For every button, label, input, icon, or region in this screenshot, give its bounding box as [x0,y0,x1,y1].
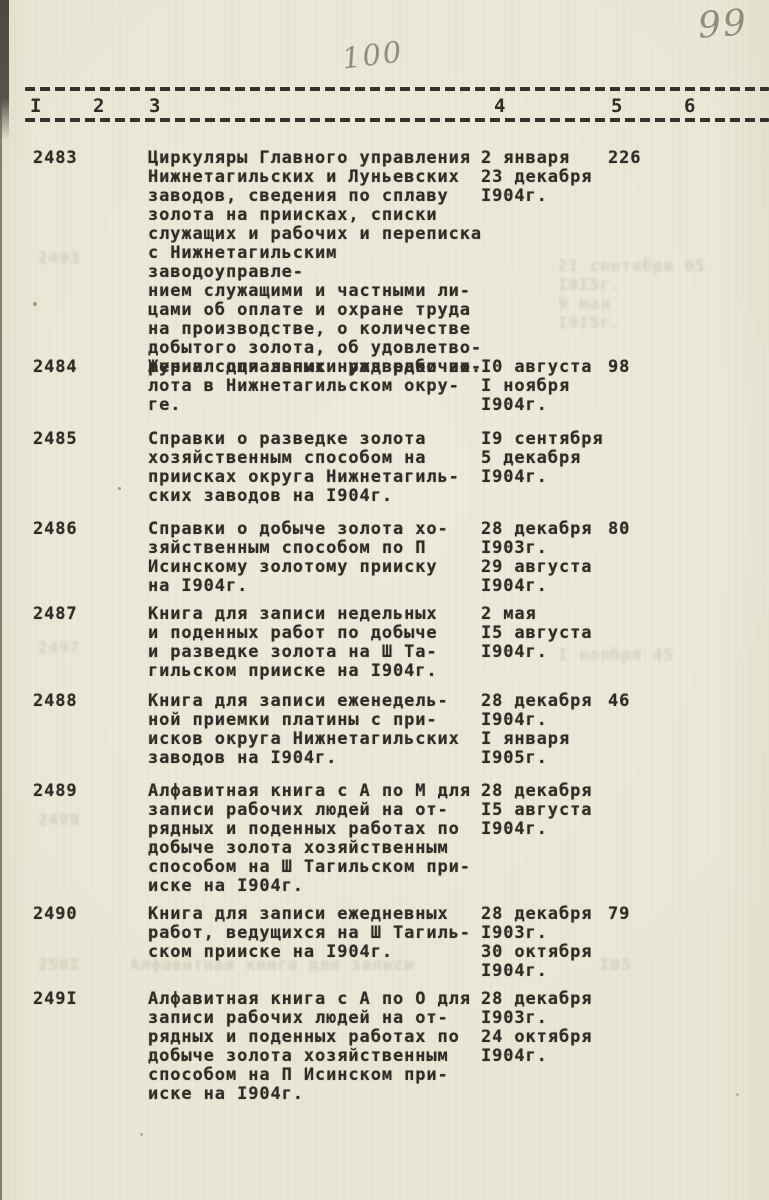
entry-number: 2484 [33,358,78,377]
paper-speck [33,302,37,306]
entry-dates: 28 декабря I903г. 24 октября I904г. [481,990,606,1066]
bleed-through-text: I ноября 45 [558,645,674,664]
page-top-left-dark-edge [0,0,9,140]
entry-dates: 28 декабря I5 августа I904г. [481,782,606,839]
entry-number: 2489 [33,782,78,801]
entry-number: 2486 [33,520,78,539]
entry-dates: 28 декабря I903г. 30 октября I904г. [481,905,606,981]
entry-dates: 2 января 23 декабря I904г. [481,149,606,206]
column-header-3: 3 [149,95,160,117]
entry-number: 249I [33,990,78,1009]
paper-speck [118,487,121,490]
entry-number: 2485 [33,430,78,449]
column-header-2: 2 [93,95,104,117]
bleed-through-text: 2497 [38,638,80,657]
entry-number: 2487 [33,605,78,624]
entry-description: Справки о разведке золота хозяйственным … [148,430,496,506]
entry-page-count: 46 [608,692,668,711]
bleed-through-text: 2493 [38,248,80,267]
column-header-1: I [30,95,41,117]
handwritten-sheet-number: 99 [697,2,750,46]
entry-dates: 28 декабря I904г. I января I905г. [481,692,606,768]
bleed-through-text: 2I сентября 05 I9I5г. 9 мая I9I5г. [558,256,705,332]
entry-dates: I0 августа I ноября I904г. [481,358,606,415]
entry-description: Справки о добыче золота хо- зяйственным … [148,520,496,596]
entry-number: 2483 [33,149,78,168]
header-rule-bottom [25,118,769,122]
header-rule-top [25,87,769,91]
entry-description: Книга для записи недельных и поденных ра… [148,605,496,681]
bleed-through-text: 250I [38,955,80,974]
scanned-document-page: 99 100 I 2 3 4 5 6 2483 Циркуляры Главно… [0,0,769,1200]
column-header-4: 4 [494,95,505,117]
entry-page-count: 79 [608,905,668,924]
page-left-edge-shadow [0,0,2,1200]
entry-dates: I9 сентября 5 декабря I904г. [481,430,606,487]
entry-description: Циркуляры Главного управления Нижнетагил… [148,149,496,377]
entry-dates: 28 декабря I903г. 29 августа I904г. [481,520,606,596]
paper-speck [736,1093,739,1096]
entry-page-count: 80 [608,520,668,539]
column-header-5: 5 [611,95,622,117]
entry-page-count: 226 [608,149,668,168]
entry-page-count: 98 [608,358,668,377]
entry-description: Книга для записи еженедель- ной приемки … [148,692,496,768]
entry-description: Алфавитная книга с А по М для записи раб… [148,782,496,896]
handwritten-page-number: 100 [340,34,405,75]
entry-description: Книга для записи ежедневных работ, ведущ… [148,905,496,962]
entry-description: Алфавитная книга с А по О для записи раб… [148,990,496,1104]
bleed-through-text: I05 [600,955,632,974]
entry-description: Журнал для записи разведки зо- лота в Ни… [148,358,496,415]
column-header-6: 6 [684,95,695,117]
bleed-through-text: 2499 [38,810,80,829]
entry-number: 2488 [33,692,78,711]
paper-speck [140,1133,143,1136]
bleed-through-text: Алфавитная книга для записи [130,955,414,974]
entry-number: 2490 [33,905,78,924]
